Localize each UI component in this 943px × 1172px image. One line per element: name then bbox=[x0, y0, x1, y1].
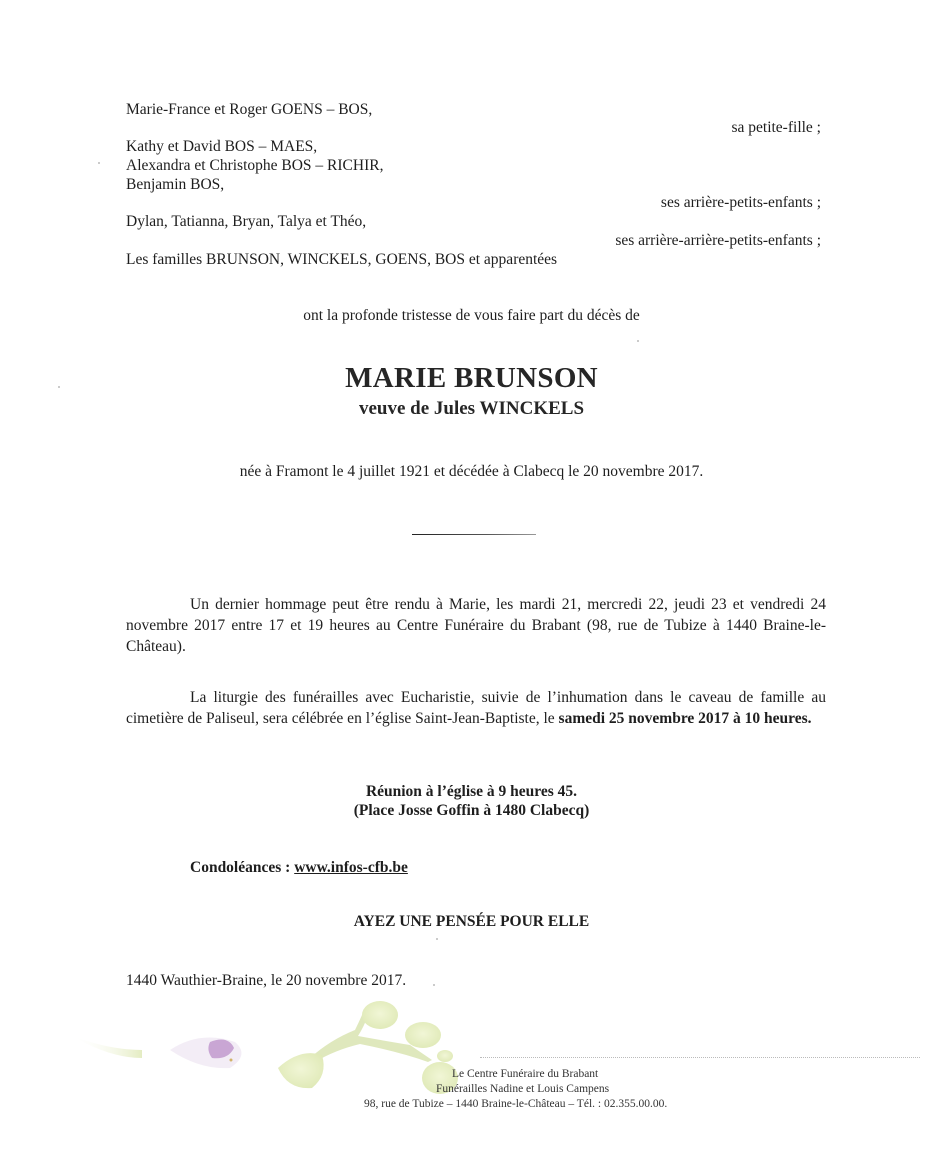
family-line: Kathy et David BOS – MAES, bbox=[126, 137, 317, 157]
meeting-line-1: Réunion à l’église à 9 heures 45. bbox=[0, 782, 943, 802]
meeting-line-2: (Place Josse Goffin à 1480 Clabecq) bbox=[0, 801, 943, 821]
place-date: 1440 Wauthier-Braine, le 20 novembre 201… bbox=[126, 971, 406, 991]
family-line: Les familles BRUNSON, WINCKELS, GOENS, B… bbox=[126, 250, 557, 270]
family-line: Dylan, Tatianna, Bryan, Talya et Théo, bbox=[126, 212, 366, 232]
liturgy-date: samedi 25 novembre 2017 à 10 heures. bbox=[559, 710, 812, 727]
condolences: Condoléances : www.infos-cfb.be bbox=[190, 858, 408, 878]
orchid-branch-icon bbox=[60, 1000, 480, 1100]
closing-text: AYEZ UNE PENSÉE POUR ELLE bbox=[0, 912, 943, 932]
scan-speck bbox=[637, 340, 639, 342]
deceased-widow-of: veuve de Jules WINCKELS bbox=[0, 398, 943, 420]
family-line: Alexandra et Christophe BOS – RICHIR, bbox=[126, 156, 383, 176]
footer-line-2: Funérailles Nadine et Louis Campens bbox=[436, 1082, 609, 1097]
condolences-link[interactable]: www.infos-cfb.be bbox=[294, 859, 408, 876]
relation-label: sa petite-fille ; bbox=[731, 118, 821, 138]
condolences-label: Condoléances : bbox=[190, 859, 294, 876]
birth-death-text: née à Framont le 4 juillet 1921 et décéd… bbox=[0, 462, 943, 482]
family-line: Marie-France et Roger GOENS – BOS, bbox=[126, 100, 372, 120]
relation-label: ses arrière-arrière-petits-enfants ; bbox=[615, 231, 821, 251]
tribute-paragraph: Un dernier hommage peut être rendu à Mar… bbox=[126, 594, 826, 657]
scan-speck bbox=[436, 938, 438, 940]
footer-line-3: 98, rue de Tubize – 1440 Braine-le-Châte… bbox=[364, 1097, 667, 1112]
deceased-name: MARIE BRUNSON bbox=[0, 362, 943, 395]
scan-speck bbox=[98, 162, 100, 164]
scan-speck bbox=[58, 386, 60, 388]
footer-divider bbox=[480, 1057, 920, 1059]
tribute-text: Un dernier hommage peut être rendu à Mar… bbox=[126, 596, 826, 655]
announcement-text: ont la profonde tristesse de vous faire … bbox=[0, 306, 943, 326]
relation-label: ses arrière-petits-enfants ; bbox=[661, 193, 821, 213]
liturgy-paragraph: La liturgie des funérailles avec Euchari… bbox=[126, 687, 826, 729]
section-divider bbox=[412, 534, 536, 535]
family-line: Benjamin BOS, bbox=[126, 175, 224, 195]
scan-speck bbox=[433, 984, 435, 986]
footer-line-1: Le Centre Funéraire du Brabant bbox=[452, 1067, 598, 1082]
